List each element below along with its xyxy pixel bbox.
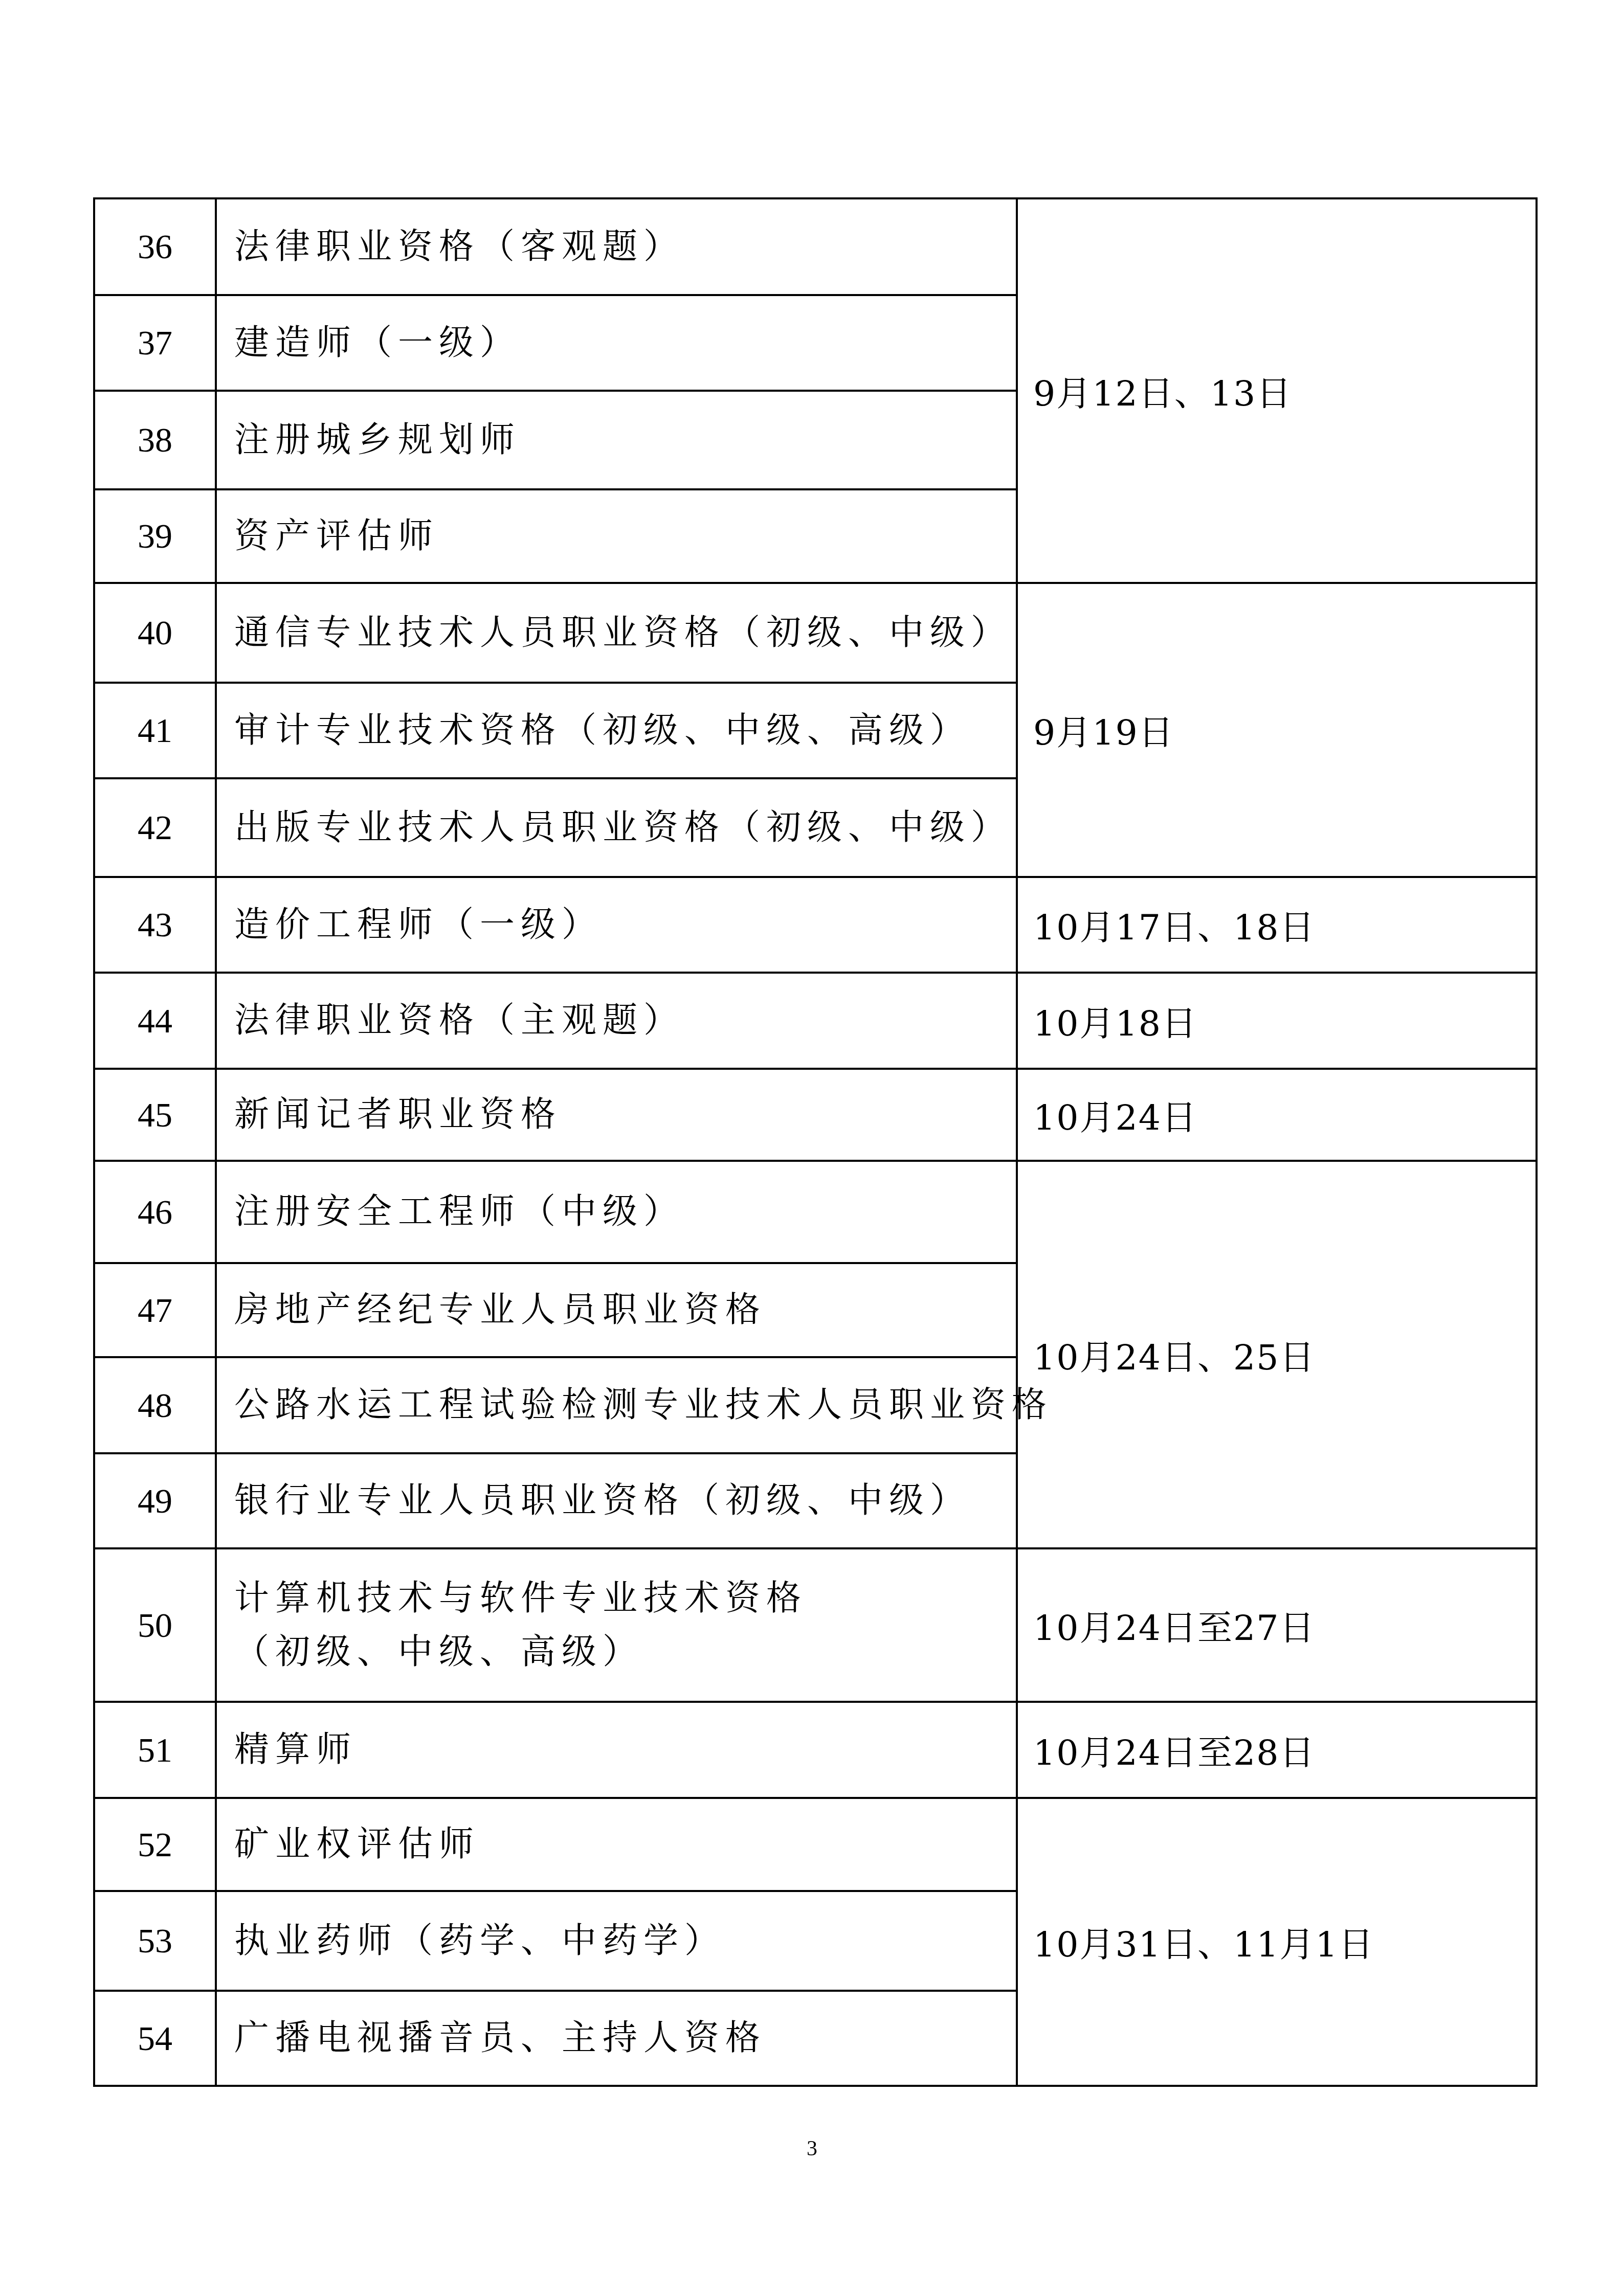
exam-name-cell: 计算机技术与软件专业技术资格（初级、中级、高级） [216, 1548, 1017, 1702]
table-row: 36法律职业资格（客观题）9月12日、13日 [94, 198, 1537, 295]
exam-name-cell: 注册城乡规划师 [216, 391, 1017, 489]
row-number-cell: 51 [94, 1702, 216, 1798]
row-number-cell: 53 [94, 1891, 216, 1991]
row-number-cell: 50 [94, 1548, 216, 1702]
exam-name-cell: 建造师（一级） [216, 295, 1017, 391]
table-row: 46注册安全工程师（中级）10月24日、25日 [94, 1161, 1537, 1263]
exam-name-cell: 银行业专业人员职业资格（初级、中级） [216, 1453, 1017, 1548]
row-number-cell: 52 [94, 1798, 216, 1891]
exam-date-cell: 9月12日、13日 [1017, 198, 1537, 583]
row-number-cell: 47 [94, 1263, 216, 1357]
exam-name-cell: 矿业权评估师 [216, 1798, 1017, 1891]
row-number-cell: 42 [94, 778, 216, 877]
exam-date-cell: 9月19日 [1017, 583, 1537, 877]
row-number-cell: 40 [94, 583, 216, 683]
exam-schedule-table: 36法律职业资格（客观题）9月12日、13日37建造师（一级）38注册城乡规划师… [93, 197, 1538, 2087]
exam-name-line: 计算机技术与软件专业技术资格 [234, 1571, 1016, 1625]
row-number-cell: 43 [94, 877, 216, 973]
exam-name-cell: 通信专业技术人员职业资格（初级、中级） [216, 583, 1017, 683]
row-number-cell: 41 [94, 683, 216, 778]
row-number-cell: 48 [94, 1357, 216, 1453]
exam-name-cell: 法律职业资格（客观题） [216, 198, 1017, 295]
exam-date-cell: 10月24日至27日 [1017, 1548, 1537, 1702]
exam-name-line: （初级、中级、高级） [234, 1625, 1016, 1679]
table-row: 52矿业权评估师10月31日、11月1日 [94, 1798, 1537, 1891]
exam-name-cell: 法律职业资格（主观题） [216, 973, 1017, 1069]
table-row: 40通信专业技术人员职业资格（初级、中级）9月19日 [94, 583, 1537, 683]
exam-name-cell: 房地产经纪专业人员职业资格 [216, 1263, 1017, 1357]
row-number-cell: 45 [94, 1069, 216, 1161]
exam-name-cell: 精算师 [216, 1702, 1017, 1798]
row-number-cell: 38 [94, 391, 216, 489]
table-row: 51精算师10月24日至28日 [94, 1702, 1537, 1798]
row-number-cell: 36 [94, 198, 216, 295]
exam-name-cell: 新闻记者职业资格 [216, 1069, 1017, 1161]
row-number-cell: 46 [94, 1161, 216, 1263]
exam-date-cell: 10月17日、18日 [1017, 877, 1537, 973]
exam-name-cell: 注册安全工程师（中级） [216, 1161, 1017, 1263]
exam-name-cell: 出版专业技术人员职业资格（初级、中级） [216, 778, 1017, 877]
table-row: 50计算机技术与软件专业技术资格（初级、中级、高级）10月24日至27日 [94, 1548, 1537, 1702]
exam-name-cell: 造价工程师（一级） [216, 877, 1017, 973]
table-row: 43造价工程师（一级）10月17日、18日 [94, 877, 1537, 973]
exam-name-cell: 公路水运工程试验检测专业技术人员职业资格 [216, 1357, 1017, 1453]
row-number-cell: 54 [94, 1991, 216, 2086]
exam-name-cell: 资产评估师 [216, 489, 1017, 583]
exam-date-cell: 10月31日、11月1日 [1017, 1798, 1537, 2086]
row-number-cell: 44 [94, 973, 216, 1069]
row-number-cell: 37 [94, 295, 216, 391]
exam-name-cell: 执业药师（药学、中药学） [216, 1891, 1017, 1991]
table-row: 45新闻记者职业资格10月24日 [94, 1069, 1537, 1161]
exam-date-cell: 10月18日 [1017, 973, 1537, 1069]
row-number-cell: 39 [94, 489, 216, 583]
table-row: 44法律职业资格（主观题）10月18日 [94, 973, 1537, 1069]
exam-name-cell: 广播电视播音员、主持人资格 [216, 1991, 1017, 2086]
exam-date-cell: 10月24日至28日 [1017, 1702, 1537, 1798]
exam-date-cell: 10月24日 [1017, 1069, 1537, 1161]
exam-date-cell: 10月24日、25日 [1017, 1161, 1537, 1548]
exam-name-cell: 审计专业技术资格（初级、中级、高级） [216, 683, 1017, 778]
page-number: 3 [0, 2136, 1624, 2161]
row-number-cell: 49 [94, 1453, 216, 1548]
exam-schedule-table-body: 36法律职业资格（客观题）9月12日、13日37建造师（一级）38注册城乡规划师… [94, 198, 1537, 2086]
